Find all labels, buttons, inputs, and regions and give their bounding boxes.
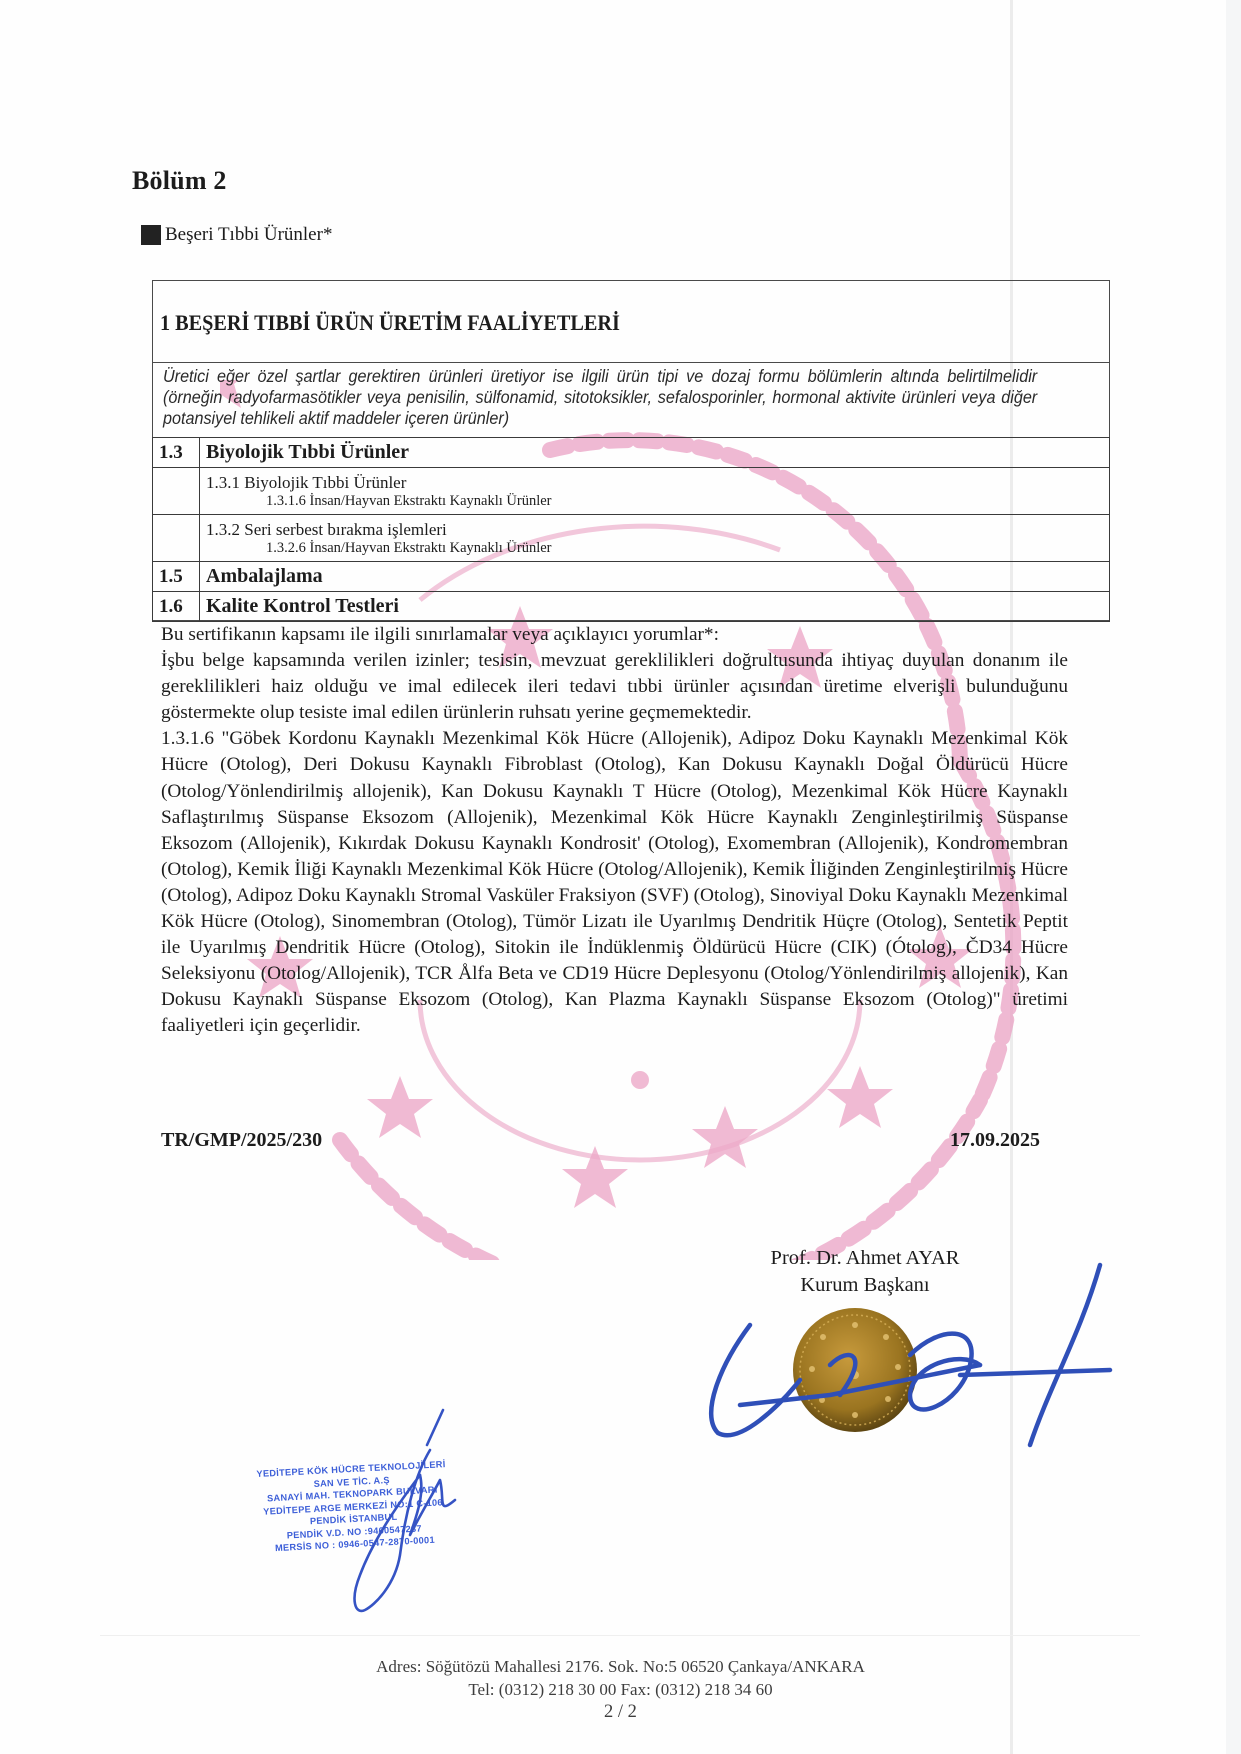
footer-divider	[100, 1635, 1140, 1636]
company-signature	[215, 1405, 505, 1620]
table-row: 1.6 Kalite Kontrol Testleri	[153, 592, 1110, 622]
table-row: 1.3 Biyolojik Tıbbi Ürünler	[153, 438, 1110, 468]
category-code: 1.6	[153, 592, 200, 622]
activity-category-table: 1.3 Biyolojik Tıbbi Ürünler 1.3.1 Biyolo…	[152, 437, 1110, 622]
subcategory-cell: 1.3.2 Seri serbest bırakma işlemleri 1.3…	[200, 515, 1110, 562]
document-page: Bölüm 2 Beşeri Tıbbi Ürünler* 1 BEŞERİ T…	[0, 0, 1241, 1754]
category-code: 1.5	[153, 562, 200, 592]
certificate-number: TR/GMP/2025/230	[161, 1129, 322, 1152]
category-label: Biyolojik Tıbbi Ürünler	[200, 438, 1110, 468]
table-row: 1.3.1 Biyolojik Tıbbi Ürünler 1.3.1.6 İn…	[153, 468, 1110, 515]
category-code: 1.3	[153, 438, 200, 468]
footer-contact: Tel: (0312) 218 30 00 Fax: (0312) 218 34…	[0, 1678, 1241, 1701]
product-category-heading: Beşeri Tıbbi Ürünler*	[141, 224, 332, 246]
empty-code-cell	[153, 515, 200, 562]
comments-paragraph-2: 1.3.1.6 "Göbek Kordonu Kaynaklı Mezenkim…	[161, 726, 1068, 1039]
product-category-label: Beşeri Tıbbi Ürünler*	[165, 224, 332, 246]
activities-box-note: Üretici eğer özel şartlar gerektiren ürü…	[163, 366, 1037, 429]
subcategory-cell: 1.3.1 Biyolojik Tıbbi Ürünler 1.3.1.6 İn…	[200, 468, 1110, 515]
comments-paragraph-1: İşbu belge kapsamında verilen izinler; t…	[161, 648, 1068, 726]
bullet-square-icon	[141, 225, 161, 245]
certificate-date: 17.09.2025	[950, 1129, 1040, 1152]
section-title: Bölüm 2	[132, 166, 227, 196]
comments-heading: Bu sertifikanın kapsamı ile ilgili sınır…	[161, 622, 1068, 648]
subcategory-label: 1.3.1 Biyolojik Tıbbi Ürünler	[206, 473, 1103, 492]
category-label: Kalite Kontrol Testleri	[200, 592, 1110, 622]
table-row: 1.3.2 Seri serbest bırakma işlemleri 1.3…	[153, 515, 1110, 562]
subcategory-detail: 1.3.1.6 İnsan/Hayvan Ekstraktı Kaynaklı …	[206, 492, 1103, 510]
page-footer: Adres: Söğütözü Mahallesi 2176. Sok. No:…	[0, 1655, 1241, 1724]
page-number: 2 / 2	[0, 1701, 1241, 1724]
comments-section: Bu sertifikanın kapsamı ile ilgili sınır…	[161, 622, 1068, 1040]
activities-box-title: 1 BEŞERİ TIBBİ ÜRÜN ÜRETİM FAALİYETLERİ	[160, 310, 620, 336]
category-label: Ambalajlama	[200, 562, 1110, 592]
subcategory-detail: 1.3.2.6 İnsan/Hayvan Ekstraktı Kaynaklı …	[206, 539, 1103, 557]
scan-artifact-edge	[1226, 0, 1241, 1754]
footer-address: Adres: Söğütözü Mahallesi 2176. Sok. No:…	[0, 1655, 1241, 1678]
handwritten-signature	[680, 1255, 1120, 1455]
box-divider	[152, 362, 1110, 363]
table-row: 1.5 Ambalajlama	[153, 562, 1110, 592]
empty-code-cell	[153, 468, 200, 515]
subcategory-label: 1.3.2 Seri serbest bırakma işlemleri	[206, 520, 1103, 539]
